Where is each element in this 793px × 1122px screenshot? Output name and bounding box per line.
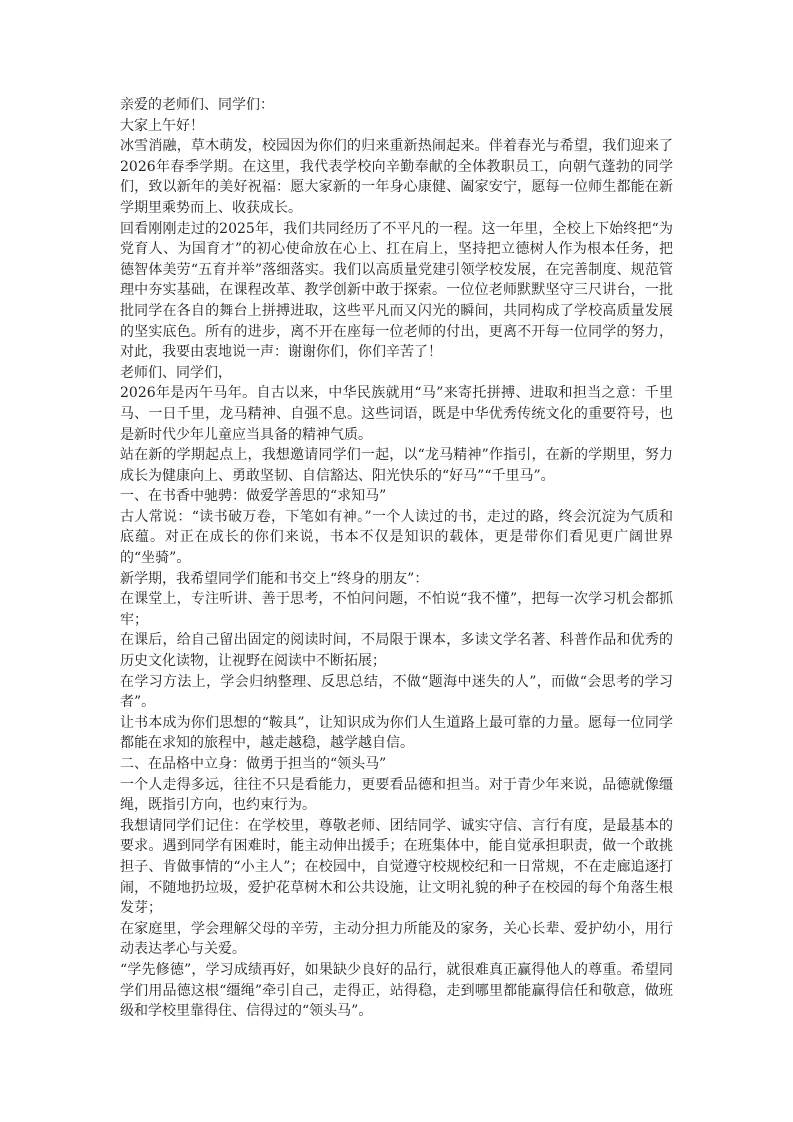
paragraph-horse-year: 2026年是丙午马年。自古以来，中华民族就用“马”来寄托拼搏、进取和担当之意：千… [120, 383, 673, 445]
paragraph-opening: 冰雪消融，草木萌发，校园因为你们的归来重新热闹起来。伴着春光与希望，我们迎来了2… [120, 136, 673, 218]
section-heading-2: 二、在品格中立身：做勇于担当的“领头马” [120, 754, 673, 775]
paragraph-in-class: 在课堂上，专注听讲、善于思考，不怕问问题，不怕说“我不懂”，把每一次学习机会都抓… [120, 589, 673, 630]
greeting: 大家上午好！ [120, 116, 673, 137]
paragraph-character: 一个人走得多远，往往不只是看能力，更要看品德和担当。对于青少年来说，品德就像缰绳… [120, 775, 673, 816]
paragraph-reading-quote: 古人常说：“读书破万卷，下笔如有神。”一个人读过的书，走过的路，终会沉淀为气质和… [120, 507, 673, 569]
paragraph-review-2025: 回看刚刚走过的2025年，我们共同经历了不平凡的一程。这一年里，全校上下始终把“… [120, 219, 673, 363]
paragraph-school-conduct: 我想请同学们记住：在学校里，尊敬老师、团结同学、诚实守信、言行有度，是最基本的要… [120, 816, 673, 919]
address-line: 老师们、同学们， [120, 363, 673, 384]
paragraph-books-saddle: 让书本成为你们思想的“鞍具”，让知识成为你们人生道路上最可靠的力量。愿每一位同学… [120, 713, 673, 754]
paragraph-lifelong-friend: 新学期，我希望同学们能和书交上“终身的朋友”： [120, 569, 673, 590]
salutation: 亲爱的老师们、同学们： [120, 95, 673, 116]
paragraph-after-class: 在课后，给自己留出固定的阅读时间，不局限于课本，多读文学名著、科普作品和优秀的历… [120, 630, 673, 671]
paragraph-family: 在家庭里，学会理解父母的辛劳，主动分担力所能及的家务，关心长辈、爱护幼小，用行动… [120, 919, 673, 960]
section-heading-1: 一、在书香中驰骋：做爱学善思的“求知马” [120, 486, 673, 507]
paragraph-invitation: 站在新的学期起点上，我想邀请同学们一起，以“龙马精神”作指引，在新的学期里，努力… [120, 445, 673, 486]
document-page: 亲爱的老师们、同学们： 大家上午好！ 冰雪消融，草木萌发，校园因为你们的归来重新… [120, 95, 673, 1022]
paragraph-virtue-first: “学先修德”，学习成绩再好，如果缺少良好的品行，就很难真正赢得他人的尊重。希望同… [120, 960, 673, 1022]
paragraph-learning-method: 在学习方法上，学会归纳整理、反思总结，不做“题海中迷失的人”，而做“会思考的学习… [120, 672, 673, 713]
